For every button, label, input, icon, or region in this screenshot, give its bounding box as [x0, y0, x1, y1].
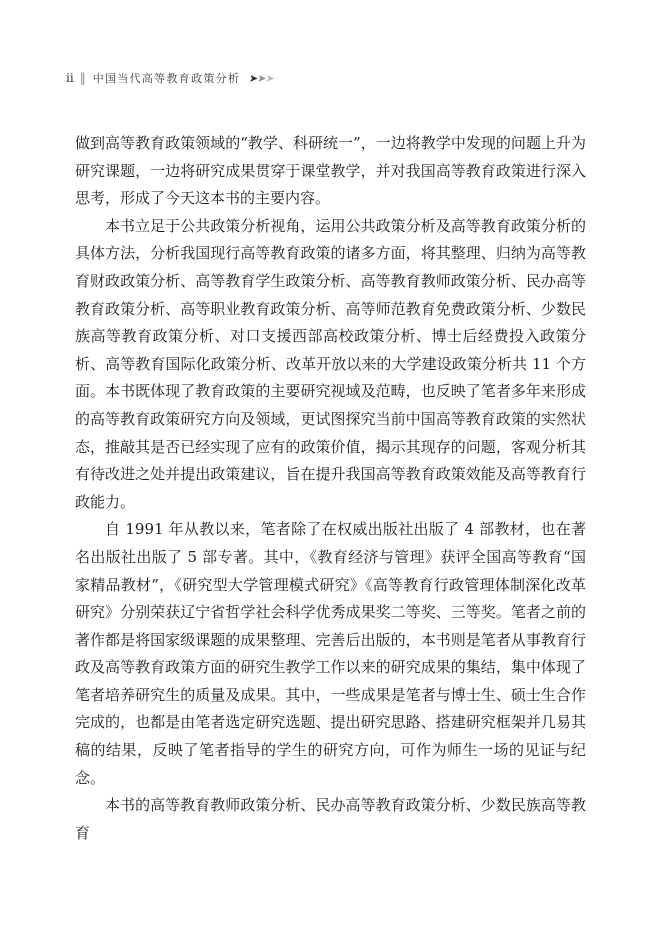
chevron-arrow-icon: ➤: [265, 73, 276, 84]
running-title: 中国当代高等教育政策分析: [93, 73, 241, 84]
book-page: ii ‖ 中国当代高等教育政策分析 ➤ ➤ ➤ 做到高等教育政策领域的“教学、科…: [0, 0, 661, 926]
header-divider: ‖: [80, 72, 86, 84]
chevron-arrows-icon: ➤ ➤ ➤: [249, 73, 275, 84]
paragraph: 本书的高等教育教师政策分析、民办高等教育政策分析、少数民族高等教育: [75, 792, 586, 847]
paragraph: 自 1991 年从教以来，笔者除了在权威出版社出版了 4 部教材，也在著名出版社…: [75, 516, 586, 792]
page-body: 做到高等教育政策领域的“教学、科研统一”，一边将教学中发现的问题上升为研究课题，…: [75, 130, 586, 847]
paragraph: 本书立足于公共政策分析视角，运用公共政策分析及高等教育政策分析的具体方法，分析我…: [75, 213, 586, 517]
page-header: ii ‖ 中国当代高等教育政策分析 ➤ ➤ ➤: [66, 68, 595, 88]
paragraph-continuation: 做到高等教育政策领域的“教学、科研统一”，一边将教学中发现的问题上升为研究课题，…: [75, 130, 586, 213]
page-number: ii: [66, 72, 74, 84]
